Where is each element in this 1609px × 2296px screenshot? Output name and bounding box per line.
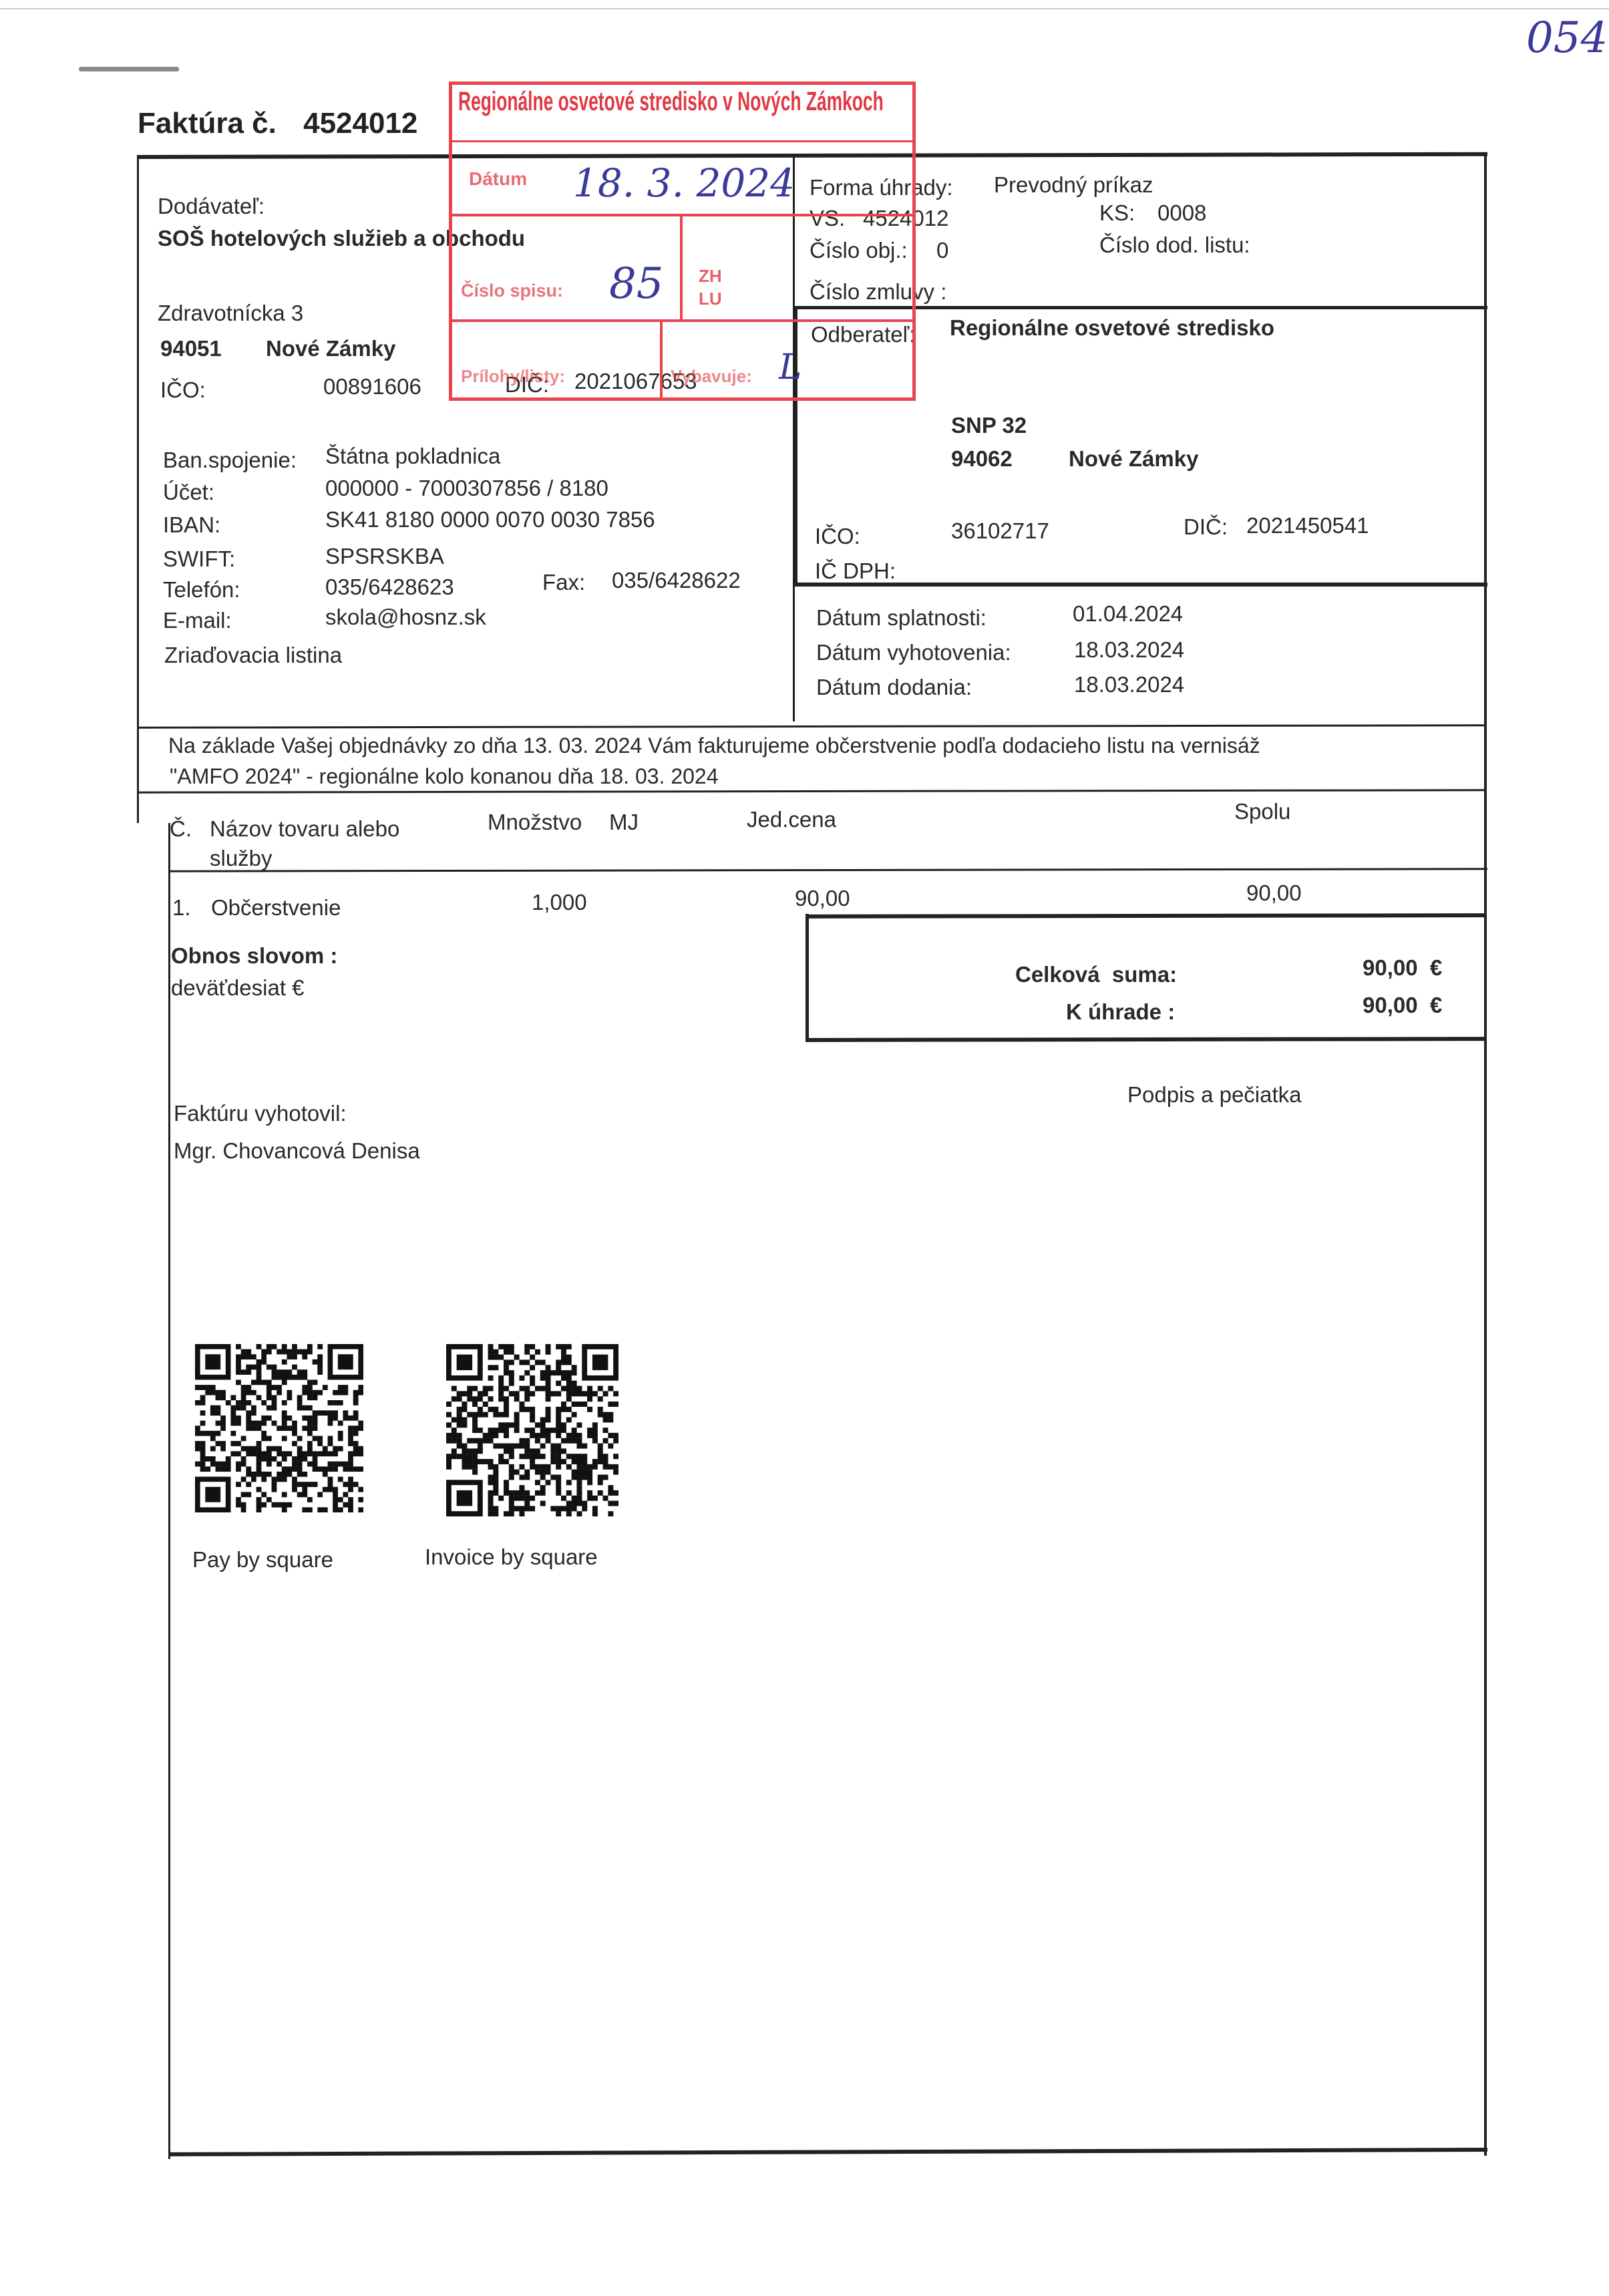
invoice-by-square-label: Invoice by square bbox=[425, 1544, 598, 1570]
description-line2: "AMFO 2024" - regionálne kolo konanou dň… bbox=[170, 764, 719, 789]
issued-by-name: Mgr. Chovancová Denisa bbox=[174, 1138, 420, 1164]
customer-ico-label: IČO: bbox=[815, 524, 860, 549]
payment-ks-label: KS: bbox=[1099, 200, 1135, 226]
row-name: Občerstvenie bbox=[211, 895, 341, 921]
page-number-handwritten: 054 bbox=[1526, 13, 1608, 63]
signature-label: Podpis a pečiatka bbox=[1127, 1082, 1302, 1108]
payment-vs-label: VS: bbox=[810, 206, 845, 231]
customer-zip: 94062 bbox=[951, 446, 1013, 472]
supplier-email-label: E-mail: bbox=[163, 608, 232, 633]
frame-left-lower bbox=[168, 823, 170, 2159]
delivered-date: 18.03.2024 bbox=[1074, 672, 1184, 697]
issued-date: 18.03.2024 bbox=[1074, 637, 1184, 663]
payment-order-label: Číslo obj.: bbox=[810, 238, 908, 263]
stamp-attachments-label: Prílohy/listy: bbox=[461, 366, 565, 387]
stamp-file-value: 85 bbox=[609, 259, 663, 309]
payment-delivery-note-label: Číslo dod. listu: bbox=[1099, 232, 1250, 258]
amount-due-value: 90,00 € bbox=[1363, 993, 1442, 1018]
delivered-date-label: Dátum dodania: bbox=[816, 675, 972, 700]
payment-method: Prevodný príkaz bbox=[994, 172, 1153, 198]
supplier-bank-label: Ban.spojenie: bbox=[163, 448, 297, 473]
col-header-no: Č. bbox=[170, 816, 192, 842]
invoice-title: Faktúra č. 4524012 bbox=[138, 107, 417, 140]
stamp-date-label: Dátum bbox=[469, 168, 527, 190]
issued-by-label: Faktúru vyhotovil: bbox=[174, 1101, 347, 1126]
col-header-name-2: služby bbox=[210, 846, 273, 871]
customer-icdph-label: IČ DPH: bbox=[815, 558, 896, 584]
stamp-code-2: LU bbox=[699, 289, 722, 309]
customer-ico: 36102717 bbox=[951, 518, 1049, 544]
scan-mark bbox=[79, 67, 179, 71]
frame-bottom bbox=[168, 2148, 1487, 2156]
row-total: 90,00 bbox=[1246, 880, 1302, 906]
supplier-fax-label: Fax: bbox=[542, 570, 585, 595]
customer-box-top bbox=[793, 306, 1487, 309]
supplier-city: Nové Zámky bbox=[266, 336, 395, 361]
invoice-number: 4524012 bbox=[303, 107, 417, 140]
due-date: 01.04.2024 bbox=[1073, 601, 1183, 627]
row-qty: 1,000 bbox=[532, 890, 587, 915]
divider-header-bottom bbox=[168, 868, 1487, 872]
amount-due-label: K úhrade : bbox=[1066, 999, 1175, 1025]
supplier-street: Zdravotnícka 3 bbox=[158, 301, 303, 326]
total-value: 90,00 € bbox=[1363, 955, 1442, 981]
supplier-phone: 035/6428623 bbox=[325, 575, 454, 600]
supplier-ico-label: IČO: bbox=[160, 377, 206, 403]
payment-method-label: Forma úhrady: bbox=[810, 175, 953, 200]
customer-dic: 2021450541 bbox=[1246, 513, 1369, 538]
amount-words-label: Obnos slovom : bbox=[171, 943, 337, 969]
supplier-fax: 035/6428622 bbox=[612, 568, 741, 593]
col-header-unit-price: Jed.cena bbox=[747, 807, 836, 832]
stamp-handler-label: Vybavuje: bbox=[671, 366, 752, 387]
row-unit-price: 90,00 bbox=[795, 886, 850, 911]
amount-words-value: deväťdesiat € bbox=[171, 975, 305, 1001]
supplier-label: Dodávateľ: bbox=[158, 194, 264, 219]
frame-left bbox=[137, 155, 139, 823]
stamp-code-1: ZH bbox=[699, 266, 722, 287]
payment-order: 0 bbox=[936, 238, 948, 263]
supplier-swift: SPSRSKBA bbox=[325, 544, 444, 569]
col-header-name-1: Názov tovaru alebo bbox=[210, 816, 399, 842]
due-date-label: Dátum splatnosti: bbox=[816, 605, 987, 631]
pay-by-square-qr bbox=[195, 1344, 363, 1512]
scan-edge-line bbox=[0, 8, 1609, 9]
supplier-iban-label: IBAN: bbox=[163, 512, 220, 538]
totals-box-top bbox=[806, 913, 1487, 919]
stamp-file-label: Číslo spisu: bbox=[461, 281, 563, 301]
description-line1: Na základe Vašej objednávky zo dňa 13. 0… bbox=[168, 733, 1260, 758]
supplier-zip: 94051 bbox=[160, 336, 222, 361]
stamp-date-value: 18. 3. 2024 bbox=[573, 160, 795, 206]
supplier-phone-label: Telefón: bbox=[163, 577, 240, 603]
total-label: Celková suma: bbox=[1015, 962, 1177, 987]
customer-box-bottom bbox=[795, 583, 1487, 587]
supplier-bank: Štátna pokladnica bbox=[325, 444, 500, 469]
col-header-total: Spolu bbox=[1234, 799, 1290, 824]
supplier-swift-label: SWIFT: bbox=[163, 546, 235, 572]
divider-description-top bbox=[139, 724, 1487, 729]
supplier-iban: SK41 8180 0000 0070 0030 7856 bbox=[325, 507, 655, 532]
supplier-name: SOŠ hotelových služieb a obchodu bbox=[158, 226, 525, 251]
customer-street: SNP 32 bbox=[951, 413, 1027, 438]
invoice-title-label: Faktúra č. bbox=[138, 107, 277, 140]
divider-header-top bbox=[139, 789, 1487, 794]
supplier-registry: Zriaďovacia listina bbox=[164, 643, 342, 668]
supplier-account: 000000 - 7000307856 / 8180 bbox=[325, 476, 608, 501]
totals-box-left bbox=[806, 914, 809, 1042]
customer-label: Odberateľ: bbox=[811, 322, 915, 347]
supplier-ico: 00891606 bbox=[323, 374, 421, 399]
frame-right bbox=[1484, 155, 1487, 2156]
invoice-by-square-qr bbox=[446, 1344, 618, 1516]
col-header-unit: MJ bbox=[609, 810, 639, 835]
payment-ks: 0008 bbox=[1157, 200, 1206, 226]
supplier-email: skola@hosnz.sk bbox=[325, 605, 486, 630]
customer-dic-label: DIČ: bbox=[1184, 514, 1228, 540]
row-no: 1. bbox=[172, 895, 191, 921]
customer-name: Regionálne osvetové stredisko bbox=[950, 315, 1274, 341]
payment-vs: 4524012 bbox=[863, 206, 948, 231]
stamp-handler-value: L bbox=[779, 347, 802, 387]
issued-date-label: Dátum vyhotovenia: bbox=[816, 640, 1011, 665]
supplier-account-label: Účet: bbox=[163, 480, 214, 505]
customer-city: Nové Zámky bbox=[1069, 446, 1198, 472]
col-header-qty: Množstvo bbox=[488, 810, 582, 835]
totals-box-bottom bbox=[806, 1037, 1487, 1042]
frame-top bbox=[137, 152, 1487, 159]
payment-contract-label: Číslo zmluvy : bbox=[810, 279, 946, 305]
stamp-organization: Regionálne osvetové stredisko v Nových Z… bbox=[458, 87, 884, 117]
pay-by-square-label: Pay by square bbox=[192, 1547, 333, 1573]
